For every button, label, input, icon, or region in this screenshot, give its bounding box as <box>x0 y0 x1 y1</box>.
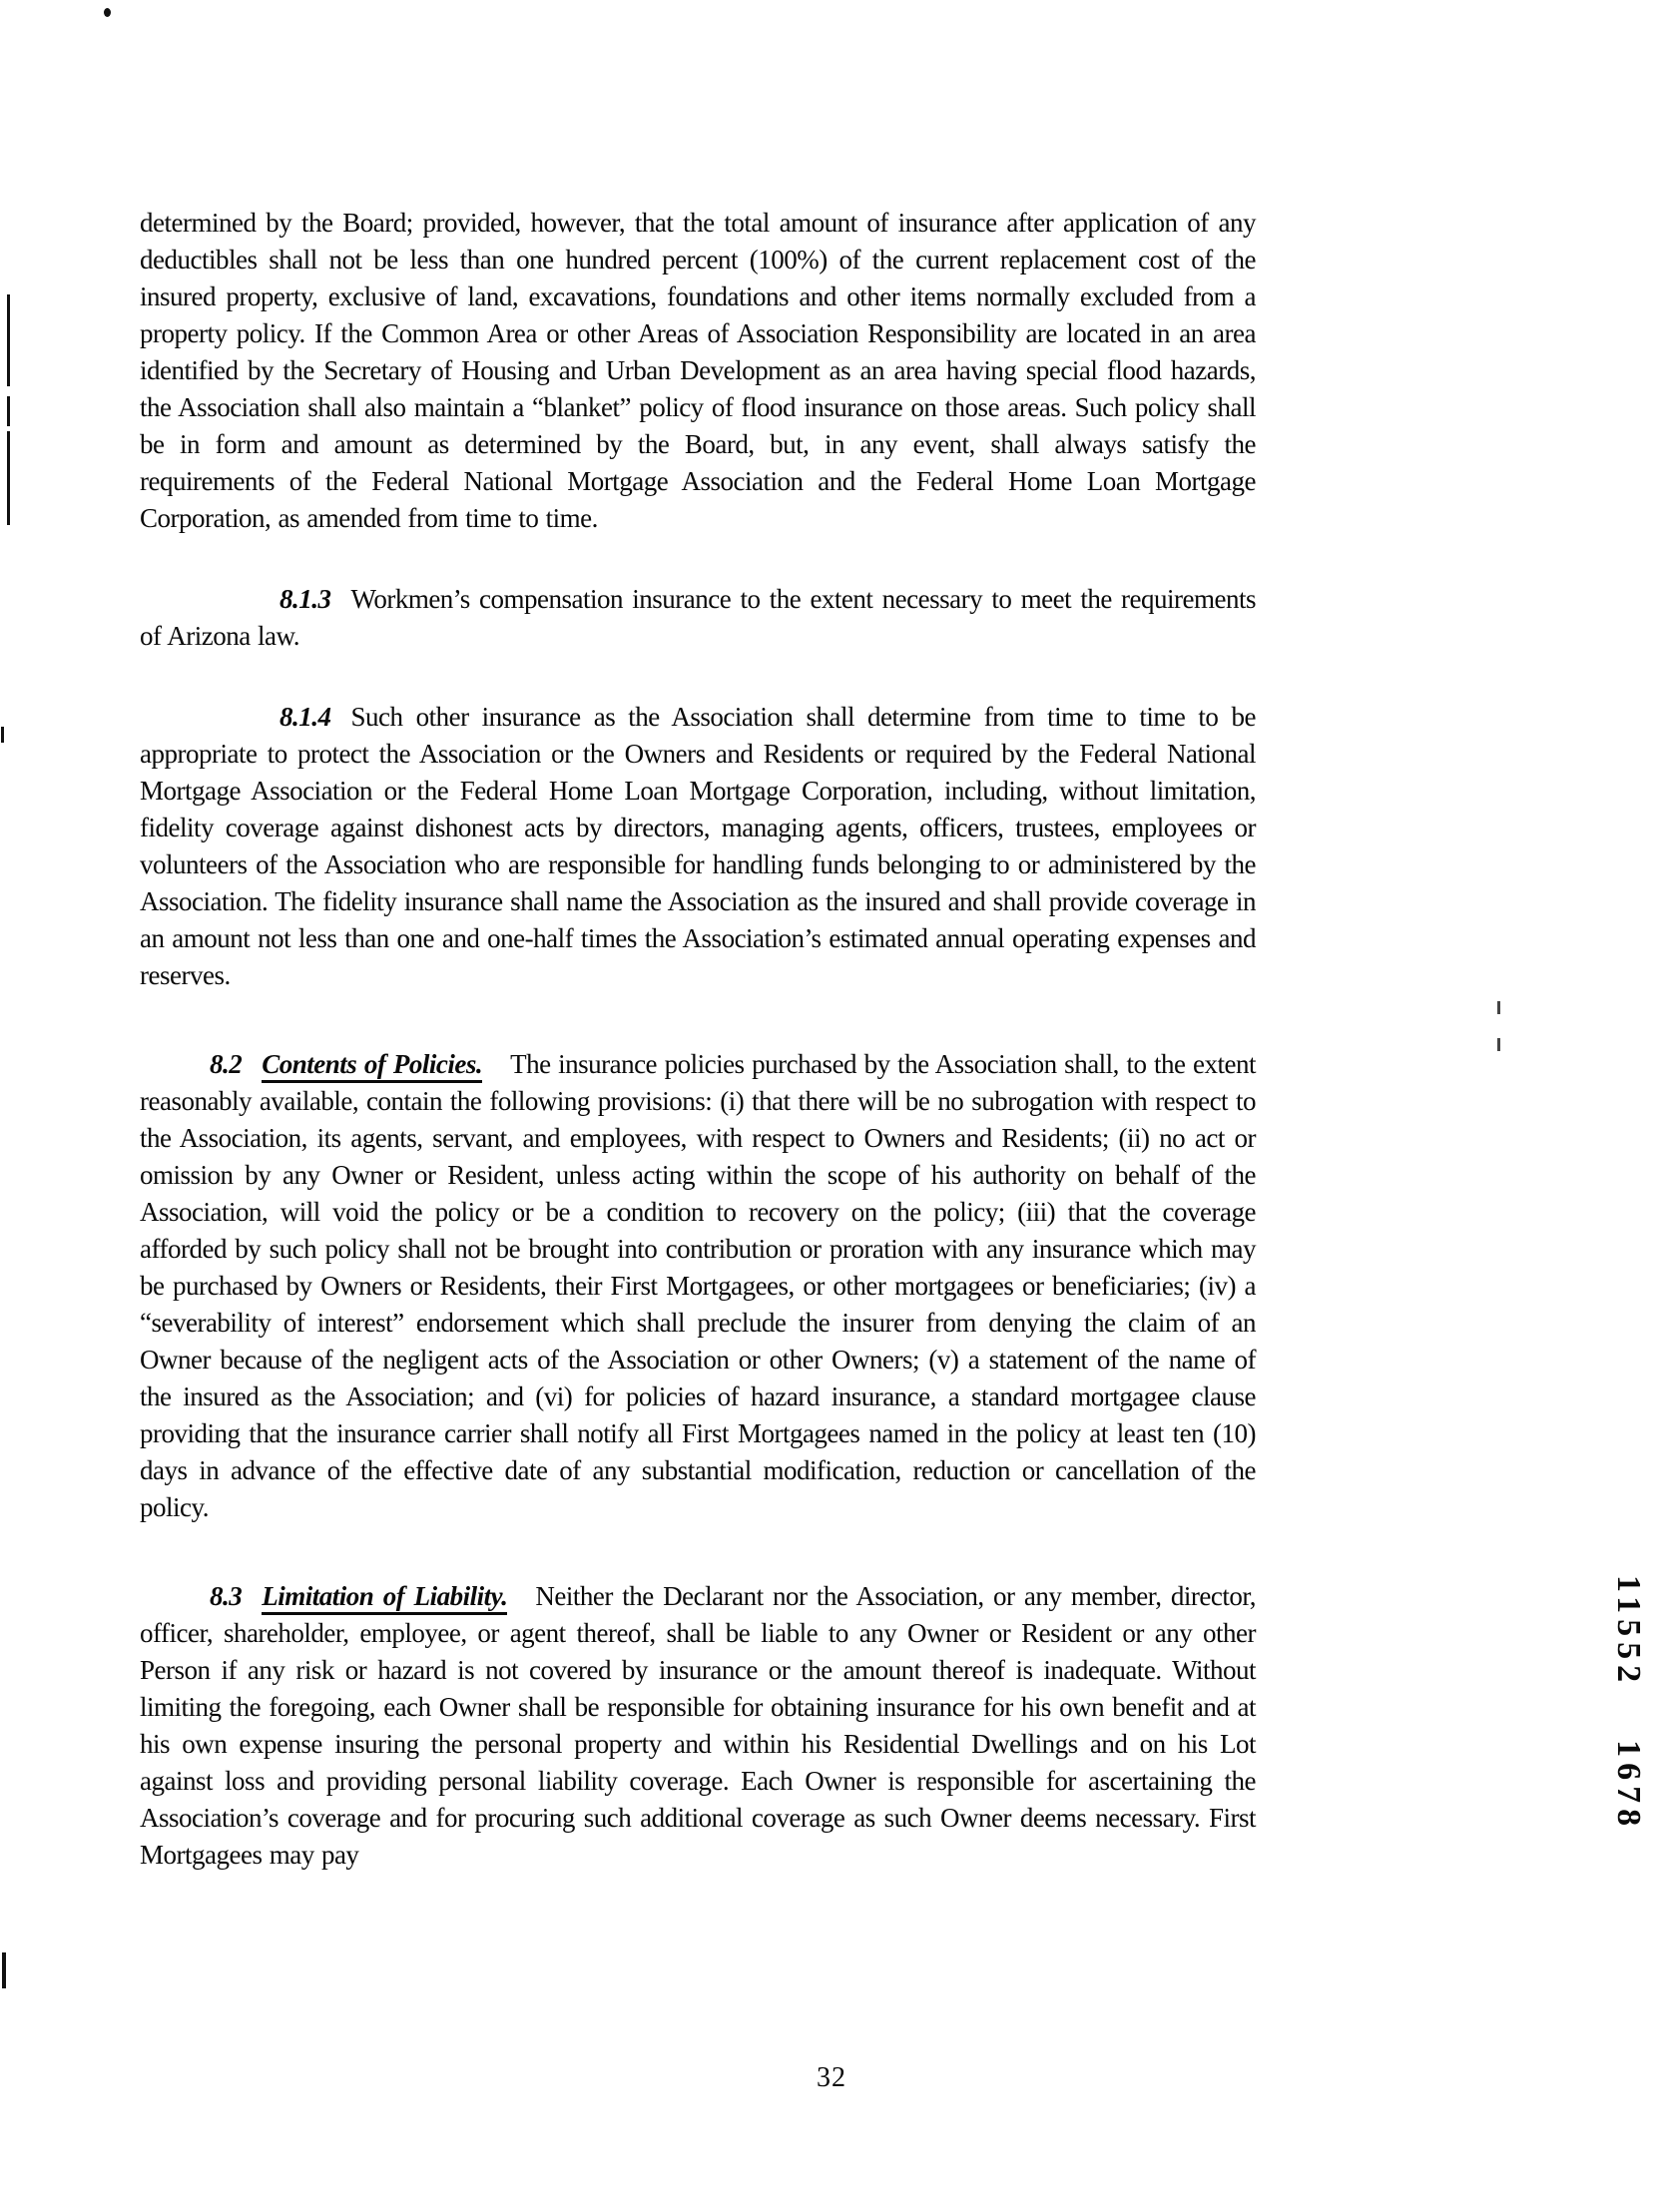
scan-artifact-edge-line <box>1 727 4 743</box>
section-number: 8.1.4 <box>279 702 331 732</box>
section-8-1-3: 8.1.3Workmen’s compensation insurance to… <box>140 581 1256 655</box>
scan-artifact-tick <box>1497 1038 1500 1051</box>
scan-artifact-dot <box>104 8 111 17</box>
scan-artifact-edge-line <box>2 1952 6 1988</box>
stamp-number-2: 1678 <box>1610 1740 1647 1832</box>
section-heading: Limitation of Liability. <box>262 1581 507 1615</box>
document-body: determined by the Board; provided, howev… <box>140 205 1256 1918</box>
section-8-2: 8.2Contents of Policies.The insurance po… <box>140 1046 1256 1526</box>
section-8-3: 8.3Limitation of Liability.Neither the D… <box>140 1578 1256 1874</box>
section-8-1-4: 8.1.4Such other insurance as the Associa… <box>140 699 1256 994</box>
stamp-number-1: 11552 <box>1610 1575 1647 1688</box>
section-number: 8.3 <box>210 1581 242 1611</box>
document-page: determined by the Board; provided, howev… <box>0 0 1675 2212</box>
scan-artifact-edge-line <box>7 431 10 525</box>
section-text: Neither the Declarant nor the Associatio… <box>140 1581 1256 1870</box>
section-heading: Contents of Policies. <box>262 1049 482 1083</box>
recorder-stamp: 115521678 <box>1609 1575 1647 1832</box>
section-text: The insurance policies purchased by the … <box>140 1049 1256 1522</box>
scan-artifact-tick <box>1497 1001 1500 1014</box>
scan-artifact-edge-line <box>7 294 10 386</box>
section-number: 8.1.3 <box>279 584 331 614</box>
section-number: 8.2 <box>210 1049 242 1079</box>
section-text: Such other insurance as the Association … <box>140 702 1256 990</box>
paragraph-continuation: determined by the Board; provided, howev… <box>140 205 1256 537</box>
page-number: 32 <box>817 2062 846 2094</box>
scan-artifact-edge-line <box>7 396 10 426</box>
